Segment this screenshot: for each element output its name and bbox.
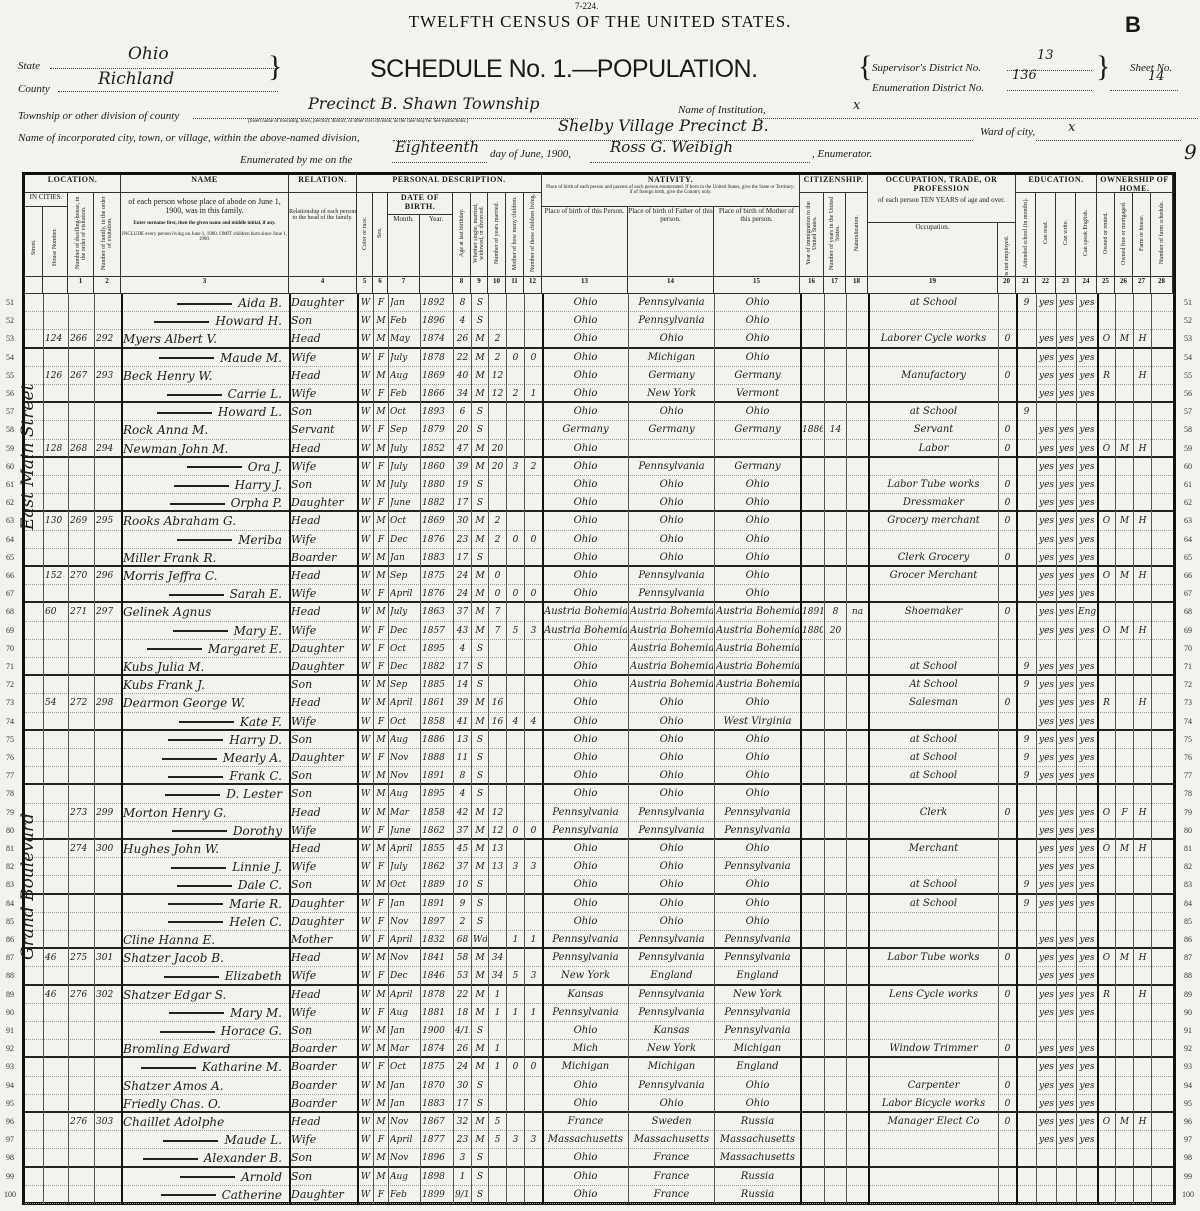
unemp-cell: 0 xyxy=(1000,1077,1015,1095)
house-cell xyxy=(45,421,67,439)
brace-left: { xyxy=(858,52,872,82)
free-cell: M xyxy=(1117,949,1132,967)
fs-cell xyxy=(1153,349,1172,367)
person-name: Dearmon George W. xyxy=(123,696,245,710)
sex-cell: M xyxy=(375,1040,387,1058)
pobf-cell: Sweden xyxy=(630,1113,713,1131)
cl-cell xyxy=(526,658,541,676)
dwelling-cell xyxy=(70,658,93,676)
read-cell: yes xyxy=(1038,567,1055,585)
mo-cell xyxy=(508,549,523,567)
dwelling-cell xyxy=(70,531,93,549)
year-cell: 1882 xyxy=(422,494,452,512)
pobf-cell: Ohio xyxy=(630,476,713,494)
imm-cell xyxy=(802,713,823,731)
line-number: 100 xyxy=(1180,1190,1196,1199)
imm-cell xyxy=(802,1040,823,1058)
unemp-cell: 0 xyxy=(1000,986,1015,1004)
line-number: 80 xyxy=(1180,826,1196,835)
sch-cell xyxy=(1018,421,1035,439)
color-cell: W xyxy=(359,713,372,731)
pob-cell: Ohio xyxy=(544,895,627,913)
line-number: 93 xyxy=(2,1062,18,1071)
cl-cell xyxy=(526,312,541,330)
cl-cell xyxy=(526,876,541,894)
pobf-cell: Ohio xyxy=(630,330,713,348)
free-cell xyxy=(1117,1004,1132,1022)
speak-cell: yes xyxy=(1078,876,1096,894)
group-nativity: NATIVITY.Place of birth of each person a… xyxy=(542,175,800,207)
line-number: 82 xyxy=(1180,862,1196,871)
occ-cell: Servant xyxy=(870,421,997,439)
color-cell: W xyxy=(359,1186,372,1204)
house-cell xyxy=(45,913,67,931)
own-cell: O xyxy=(1099,440,1114,458)
month-cell: Jan xyxy=(390,895,419,913)
line-number: 58 xyxy=(2,425,18,434)
unemp-cell xyxy=(1000,913,1015,931)
nat-cell xyxy=(848,1095,867,1113)
family-cell xyxy=(96,895,120,913)
fs-cell xyxy=(1153,1168,1172,1186)
name-cell: Maude M. xyxy=(123,349,288,367)
write-cell: yes xyxy=(1058,1058,1075,1076)
date-of-birth-label: DATE OF BIRTH. xyxy=(388,193,453,215)
occ-cell xyxy=(870,1058,997,1076)
line-number: 63 xyxy=(1180,516,1196,525)
read-cell: yes xyxy=(1038,531,1055,549)
fs-cell xyxy=(1153,967,1172,985)
speak-cell: yes xyxy=(1078,531,1096,549)
line-number: 55 xyxy=(1180,371,1196,380)
mo-cell: 1 xyxy=(508,931,523,949)
family-cell xyxy=(96,876,120,894)
name-cell: Kubs Frank J. xyxy=(123,676,288,694)
column-rule xyxy=(628,294,629,1204)
speak-cell: yes xyxy=(1078,767,1096,785)
mar-cell: M xyxy=(473,1040,487,1058)
table-row: Harry J.SonWMJuly188019SOhioOhioOhioLabo… xyxy=(25,476,1173,494)
line-number: 78 xyxy=(2,789,18,798)
line-number: 75 xyxy=(1180,735,1196,744)
unemp-cell: 0 xyxy=(1000,1095,1015,1113)
pob-cell: Massachusetts xyxy=(544,1131,627,1149)
mar-cell: M xyxy=(473,949,487,967)
occ-cell: Lens Cycle works xyxy=(870,986,997,1004)
farm-cell xyxy=(1135,549,1150,567)
free-cell xyxy=(1117,931,1132,949)
cl-cell xyxy=(526,549,541,567)
pobf-cell: Pennsylvania xyxy=(630,312,713,330)
census-title: TWELFTH CENSUS OF THE UNITED STATES. xyxy=(0,12,1200,32)
yus-cell xyxy=(826,694,845,712)
column-number-19: 19 xyxy=(868,277,998,294)
unemp-cell: 0 xyxy=(1000,1040,1015,1058)
occ-cell: at School xyxy=(870,895,997,913)
family-cell xyxy=(96,1058,120,1076)
age-cell: 22 xyxy=(455,349,470,367)
mo-cell xyxy=(508,840,523,858)
ditto-dash xyxy=(160,1031,215,1033)
nat-cell xyxy=(848,549,867,567)
family-cell: 296 xyxy=(96,567,120,585)
read-cell: yes xyxy=(1038,694,1055,712)
mar-cell: S xyxy=(473,658,487,676)
color-cell: W xyxy=(359,312,372,330)
occ-cell xyxy=(870,312,997,330)
fs-cell xyxy=(1153,622,1172,640)
family-cell xyxy=(96,421,120,439)
color-header: Color or race. xyxy=(357,193,373,277)
person-name: Margaret E. xyxy=(208,642,282,656)
family-cell: 293 xyxy=(96,367,120,385)
dwelling-cell xyxy=(70,931,93,949)
mo-cell: 3 xyxy=(508,458,523,476)
imm-cell xyxy=(802,531,823,549)
pobm-cell xyxy=(716,440,799,458)
year-cell: 1877 xyxy=(422,1131,452,1149)
ym-cell: 1 xyxy=(490,1040,505,1058)
yus-cell xyxy=(826,931,845,949)
dwelling-cell xyxy=(70,385,93,403)
color-cell: W xyxy=(359,858,372,876)
farm-cell xyxy=(1135,967,1150,985)
farm-cell xyxy=(1135,785,1150,803)
write-cell: yes xyxy=(1058,1131,1075,1149)
cl-cell xyxy=(526,694,541,712)
ditto-dash xyxy=(177,539,232,541)
sheet-value: 14 xyxy=(1148,69,1165,84)
line-number: 81 xyxy=(2,844,18,853)
fs-cell xyxy=(1153,603,1172,621)
dwelling-cell xyxy=(70,895,93,913)
pob-mother-header: Place of birth of Mother of this person. xyxy=(714,207,800,277)
ym-cell xyxy=(490,931,505,949)
imm-cell xyxy=(802,367,823,385)
dwelling-cell: 272 xyxy=(70,694,93,712)
person-name: Rooks Abraham G. xyxy=(123,514,236,528)
free-cell xyxy=(1117,731,1132,749)
mar-cell: M xyxy=(473,1113,487,1131)
yus-cell xyxy=(826,967,845,985)
sex-cell: M xyxy=(375,476,387,494)
cl-cell xyxy=(526,476,541,494)
mo-cell xyxy=(508,1149,523,1167)
free-cell: M xyxy=(1117,567,1132,585)
farm-cell: H xyxy=(1135,567,1150,585)
own-cell xyxy=(1099,458,1114,476)
unemp-cell xyxy=(1000,767,1015,785)
sex-cell: M xyxy=(375,1077,387,1095)
ym-cell: 13 xyxy=(490,840,505,858)
rel-cell: Wife xyxy=(291,349,356,367)
speak-cell: yes xyxy=(1078,330,1096,348)
pobf-cell: Austria Bohemia xyxy=(630,658,713,676)
pobm-cell: West Virginia xyxy=(716,713,799,731)
line-number: 54 xyxy=(1180,353,1196,362)
line-number: 77 xyxy=(2,771,18,780)
dwelling-cell: 267 xyxy=(70,367,93,385)
sex-cell: M xyxy=(375,312,387,330)
family-cell: 295 xyxy=(96,512,120,530)
line-number: 60 xyxy=(1180,462,1196,471)
age-cell: 17 xyxy=(455,658,470,676)
mar-cell: S xyxy=(473,785,487,803)
line-number: 94 xyxy=(1180,1081,1196,1090)
family-cell xyxy=(96,1040,120,1058)
read-cell xyxy=(1038,640,1055,658)
free-cell xyxy=(1117,895,1132,913)
occ-cell: Salesman xyxy=(870,694,997,712)
ym-cell: 12 xyxy=(490,385,505,403)
age-cell: 17 xyxy=(455,549,470,567)
month-cell: Nov xyxy=(390,749,419,767)
house-cell xyxy=(45,840,67,858)
yus-cell xyxy=(826,549,845,567)
supervisor-label: Supervisor's District No. xyxy=(872,62,981,74)
sch-cell xyxy=(1018,694,1035,712)
pobm-cell: Austria Bohemia xyxy=(716,676,799,694)
imm-cell xyxy=(802,1113,823,1131)
imm-header: Year of immigration to the United States… xyxy=(800,193,824,277)
rel-cell: Son xyxy=(291,767,356,785)
age-cell: 58 xyxy=(455,949,470,967)
table-row: 128268294Newman John M.HeadWMJuly185247M… xyxy=(25,440,1173,458)
month-cell: Dec xyxy=(390,531,419,549)
line-number: 65 xyxy=(2,553,18,562)
nat-cell xyxy=(848,494,867,512)
imm-cell xyxy=(802,749,823,767)
farm-cell xyxy=(1135,476,1150,494)
own-cell xyxy=(1099,676,1114,694)
farm-cell xyxy=(1135,585,1150,603)
yus-cell xyxy=(826,731,845,749)
line-number: 87 xyxy=(1180,953,1196,962)
sex-cell: F xyxy=(375,749,387,767)
ditto-dash xyxy=(167,394,222,396)
rel-cell: Daughter xyxy=(291,913,356,931)
speak-cell: yes xyxy=(1078,1077,1096,1095)
occ-cell: at School xyxy=(870,749,997,767)
sch-cell xyxy=(1018,549,1035,567)
rel-cell: Head xyxy=(291,1113,356,1131)
mo-cell xyxy=(508,476,523,494)
farm-cell xyxy=(1135,312,1150,330)
age-cell: 37 xyxy=(455,858,470,876)
table-row: Katharine M.BoarderWFOct187524M100Michig… xyxy=(25,1058,1173,1076)
year-cell: 1876 xyxy=(422,531,452,549)
age-cell: 2 xyxy=(455,913,470,931)
read-cell: yes xyxy=(1038,822,1055,840)
nat-cell xyxy=(848,622,867,640)
color-cell: W xyxy=(359,731,372,749)
cl-cell: 0 xyxy=(526,1058,541,1076)
fs-cell xyxy=(1153,749,1172,767)
house-cell xyxy=(45,458,67,476)
dwelling-cell xyxy=(70,494,93,512)
dwelling-cell xyxy=(70,749,93,767)
family-cell xyxy=(96,749,120,767)
month-cell: April xyxy=(390,986,419,1004)
dwelling-cell xyxy=(70,1077,93,1095)
cl-cell: 3 xyxy=(526,622,541,640)
sch-cell xyxy=(1018,1168,1035,1186)
column-rule xyxy=(1133,294,1134,1204)
pobm-cell: New York xyxy=(716,986,799,1004)
occ-cell xyxy=(870,1131,997,1149)
table-row: Margaret E.DaughterWFOct18954SOhioAustri… xyxy=(25,640,1173,658)
pob-cell: Pennsylvania xyxy=(544,931,627,949)
fs-cell xyxy=(1153,312,1172,330)
occ-cell xyxy=(870,622,997,640)
nat-cell xyxy=(848,1149,867,1167)
year-cell: 1841 xyxy=(422,949,452,967)
dwelling-cell xyxy=(70,767,93,785)
sch-cell xyxy=(1018,913,1035,931)
line-number: 87 xyxy=(2,953,18,962)
ym-cell: 0 xyxy=(490,567,505,585)
fs-cell xyxy=(1153,1077,1172,1095)
column-rule xyxy=(1115,294,1116,1204)
write-cell: yes xyxy=(1058,367,1075,385)
sch-cell xyxy=(1018,804,1035,822)
color-cell: W xyxy=(359,512,372,530)
column-number-28: 28 xyxy=(1151,277,1173,294)
sch-cell xyxy=(1018,1149,1035,1167)
speak-cell: yes xyxy=(1078,494,1096,512)
line-number: 52 xyxy=(1180,316,1196,325)
sch-cell xyxy=(1018,385,1035,403)
line-number: 98 xyxy=(1180,1153,1196,1162)
year-cell: 1878 xyxy=(422,986,452,1004)
occupation-header: Occupation. xyxy=(868,223,998,277)
sex-cell: F xyxy=(375,913,387,931)
imm-cell xyxy=(802,1149,823,1167)
mo-cell xyxy=(508,767,523,785)
year-cell: 1899 xyxy=(422,1186,452,1204)
name-cell: Linnie J. xyxy=(123,858,288,876)
line-number: 91 xyxy=(1180,1026,1196,1035)
county-field: County Richland xyxy=(18,77,268,96)
city-value: Shelby Village Precinct B. xyxy=(558,116,769,135)
sex-cell: F xyxy=(375,658,387,676)
cl-cell xyxy=(526,1186,541,1204)
sch-cell xyxy=(1018,603,1035,621)
imm-cell xyxy=(802,767,823,785)
farm-cell xyxy=(1135,1186,1150,1204)
speak-cell: yes xyxy=(1078,840,1096,858)
column-number-8: 8 xyxy=(453,277,471,294)
name-description: of each person whose place of abode on J… xyxy=(121,193,289,277)
pobm-cell: Ohio xyxy=(716,403,799,421)
mar-cell: M xyxy=(473,458,487,476)
person-name: Mearly A. xyxy=(223,751,282,765)
ym-cell: 20 xyxy=(490,458,505,476)
person-name: Gelinek Agnus xyxy=(123,605,211,619)
sch-cell xyxy=(1018,1058,1035,1076)
farm-cell: H xyxy=(1135,949,1150,967)
yus-cell xyxy=(826,876,845,894)
pob-cell: Ohio xyxy=(544,913,627,931)
ym-cell xyxy=(490,749,505,767)
yus-cell xyxy=(826,1168,845,1186)
ym-cell xyxy=(490,676,505,694)
year-cell: 1879 xyxy=(422,421,452,439)
mo-cell: 0 xyxy=(508,1058,523,1076)
house-cell xyxy=(45,895,67,913)
line-number: 95 xyxy=(2,1099,18,1108)
write-cell: yes xyxy=(1058,967,1075,985)
year-cell: 1874 xyxy=(422,330,452,348)
cl-cell xyxy=(526,731,541,749)
column-rule xyxy=(998,294,999,1204)
rel-cell: Head xyxy=(291,440,356,458)
month-cell: Jan xyxy=(390,1022,419,1040)
fs-cell xyxy=(1153,986,1172,1004)
line-number: 68 xyxy=(1180,607,1196,616)
house-cell xyxy=(45,1131,67,1149)
name-cell: Shatzer Amos A. xyxy=(123,1077,288,1095)
table-row: MeribaWifeWFDec187623M200OhioOhioOhioyes… xyxy=(25,531,1173,549)
house-cell xyxy=(45,312,67,330)
table-row: 126267293Beck Henry W.HeadWMAug186940M12… xyxy=(25,367,1173,385)
person-name: Catherine xyxy=(222,1188,282,1202)
table-row: Harry D.SonWMAug188613SOhioOhioOhioat Sc… xyxy=(25,731,1173,749)
name-cell: Horace G. xyxy=(123,1022,288,1040)
pobm-cell: Vermont xyxy=(716,385,799,403)
table-row: 124266292Myers Albert V.HeadWMMay187426M… xyxy=(25,330,1173,348)
ym-cell: 1 xyxy=(490,986,505,1004)
farm-cell xyxy=(1135,822,1150,840)
write-cell: yes xyxy=(1058,767,1075,785)
sch-cell xyxy=(1018,440,1035,458)
speak-cell xyxy=(1078,1186,1096,1204)
rel-cell: Mother xyxy=(291,931,356,949)
sch-cell: 9 xyxy=(1018,767,1035,785)
person-name: Meriba xyxy=(238,533,282,547)
family-cell xyxy=(96,1168,120,1186)
mo-cell xyxy=(508,330,523,348)
yus-cell xyxy=(826,585,845,603)
write-cell: yes xyxy=(1058,421,1075,439)
person-name: Aida B. xyxy=(238,296,282,310)
free-cell xyxy=(1117,458,1132,476)
own-cell xyxy=(1099,1077,1114,1095)
color-cell: W xyxy=(359,785,372,803)
column-number-17: 17 xyxy=(824,277,846,294)
month-cell: Feb xyxy=(390,312,419,330)
column-rule xyxy=(121,294,123,1204)
ym-cell xyxy=(490,895,505,913)
name-cell: Cline Hanna E. xyxy=(123,931,288,949)
family-cell xyxy=(96,676,120,694)
color-cell: W xyxy=(359,1040,372,1058)
pobm-cell: Ohio xyxy=(716,785,799,803)
line-number: 78 xyxy=(1180,789,1196,798)
age-cell: 17 xyxy=(455,494,470,512)
farm-cell: H xyxy=(1135,367,1150,385)
own-cell xyxy=(1099,1186,1114,1204)
group-citizenship: CITIZENSHIP. xyxy=(800,175,868,193)
yus-cell xyxy=(826,403,845,421)
fs-cell xyxy=(1153,694,1172,712)
ym-cell: 12 xyxy=(490,822,505,840)
farm-cell xyxy=(1135,603,1150,621)
unemp-cell xyxy=(1000,676,1015,694)
imm-cell xyxy=(802,549,823,567)
read-cell: yes xyxy=(1038,1040,1055,1058)
column-rule xyxy=(824,294,825,1204)
